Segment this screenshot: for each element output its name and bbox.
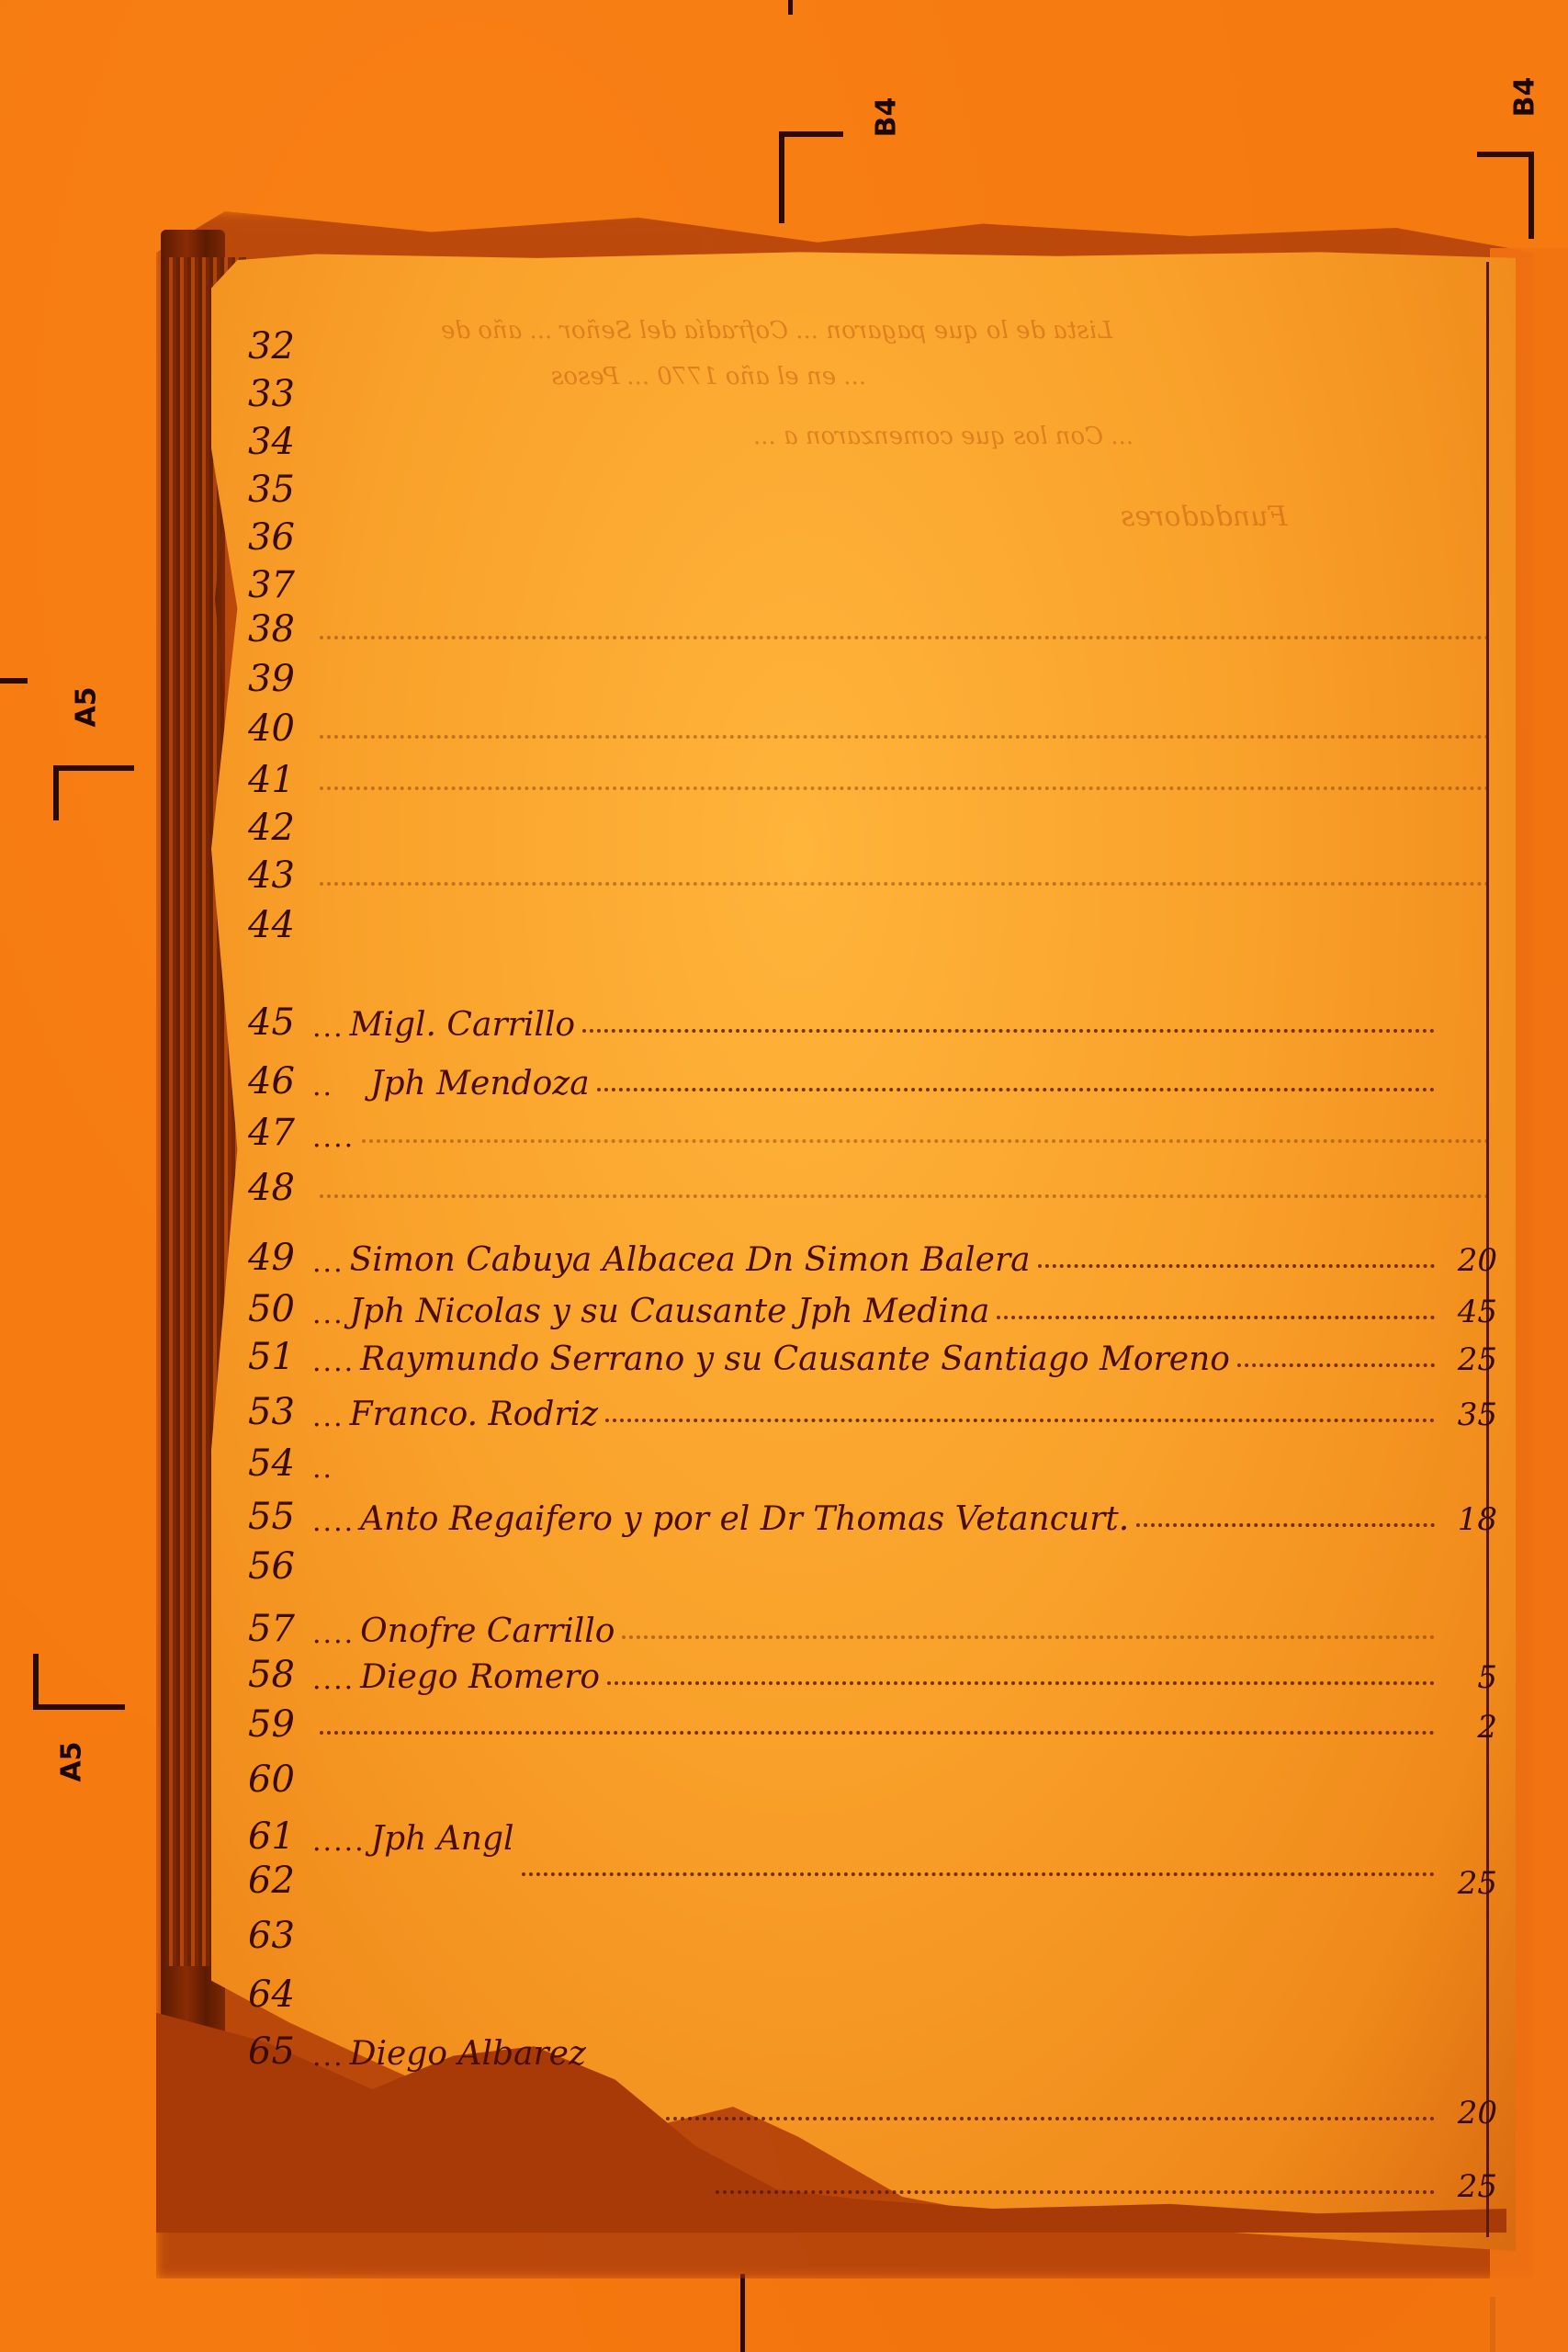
crop-mark-b4-left-h — [779, 131, 843, 137]
ledger-row: 41 — [248, 746, 1497, 801]
ledger-row: 49...Simon Cabuya Albacea Dn Simon Baler… — [248, 1224, 1497, 1279]
crop-mark-top-center — [788, 0, 793, 15]
dot-leader — [1038, 1264, 1435, 1268]
dot-leader — [1136, 1523, 1435, 1527]
ledger-row: 592 — [248, 1690, 1497, 1746]
payer-name: Simon Cabuya Albacea Dn Simon Balera — [350, 1241, 1031, 1279]
ledger-row: 58....Diego Romero5 — [248, 1641, 1497, 1696]
ledger-row: 55....Anto Regaifero y por el Dr Thomas … — [248, 1483, 1497, 1538]
dot-leader — [320, 1194, 1490, 1198]
ledger-row: 44 — [248, 891, 1497, 946]
crop-label-b4-left: B4 — [870, 97, 902, 138]
crop-label-a5-lower: A5 — [56, 1741, 88, 1781]
crop-mark-bottom-v — [740, 2274, 745, 2352]
dot-leader — [997, 1316, 1435, 1319]
payer-name: Raymundo Serrano y su Causante Santiago … — [360, 1340, 1230, 1378]
ledger-row: 54.. — [248, 1430, 1497, 1485]
crop-mark-a5-upper-v — [53, 765, 59, 820]
dot-leader — [320, 882, 1490, 886]
dot-leader — [666, 2117, 1435, 2120]
ledger-row: 65...Diego Albarez — [248, 2018, 1497, 2073]
dot-leader — [605, 1419, 1435, 1422]
ledger-row: 60 — [248, 1746, 1497, 1801]
crop-label-b4-right: B4 — [1508, 77, 1540, 118]
ledger-row: 20 — [248, 2076, 1497, 2131]
payer-name: Migl. Carrillo — [350, 1006, 575, 1044]
ledger-row: 56 — [248, 1532, 1497, 1588]
ledger-row: 45...Migl. Carrillo — [248, 989, 1497, 1044]
payer-name: Franco. Rodriz — [350, 1396, 598, 1433]
ledger-row: 36 — [248, 503, 1497, 559]
ledger-row: 53...Franco. Rodriz35 — [248, 1378, 1497, 1433]
dot-leader — [320, 786, 1490, 790]
ledger-row: 39 — [248, 645, 1497, 700]
ledger-row: 43 — [248, 842, 1497, 897]
dot-leader — [320, 735, 1490, 739]
dot-leader — [320, 636, 1490, 639]
crop-label-a5-upper: A5 — [71, 686, 103, 727]
crop-mark-a5-upper-h — [53, 765, 134, 771]
dot-leader — [716, 2190, 1435, 2194]
crop-mark-b4-right-v — [1529, 152, 1534, 239]
ledger-row: 35 — [248, 456, 1497, 511]
dot-leader — [362, 1139, 1490, 1143]
dot-leader — [582, 1029, 1435, 1033]
ledger-row: 47.... — [248, 1099, 1497, 1154]
crop-mark-b4-right-h — [1477, 152, 1534, 157]
ledger-row: 38 — [248, 595, 1497, 650]
dot-leader — [597, 1088, 1435, 1091]
dot-leader — [607, 1681, 1435, 1685]
crop-mark-a5-lower-h — [33, 1704, 125, 1710]
ledger-row: 64 — [248, 1961, 1497, 2016]
crop-mark-a5-lower-v — [33, 1654, 39, 1709]
ledger-row: 40 — [248, 695, 1497, 750]
ledger-row: 25 — [248, 2150, 1497, 2205]
ledger-row: 6225 — [248, 1847, 1497, 1902]
ledger-row: 42 — [248, 794, 1497, 849]
ledger-row: 48 — [248, 1154, 1497, 1209]
payer-name: Diego Albarez — [350, 2035, 586, 2073]
dot-leader — [320, 1731, 1435, 1735]
dot-leader — [622, 1635, 1435, 1639]
ledger-row: 33 — [248, 360, 1497, 415]
payer-name: Jph Mendoza — [370, 1065, 590, 1102]
ledger-row: 34 — [248, 408, 1497, 463]
crop-mark-b4-left-v — [779, 131, 784, 223]
ledger-row: 51....Raymundo Serrano y su Causante San… — [248, 1323, 1497, 1378]
crop-mark-a5-upper-tick — [0, 678, 28, 684]
ledger-row: 50...Jph Nicolas y su Causante Jph Medin… — [248, 1275, 1497, 1330]
ledger-row: 32 — [248, 312, 1497, 367]
dot-leader — [1237, 1363, 1435, 1367]
ledger-row: 46..Jph Mendoza — [248, 1047, 1497, 1102]
ledger-row: 63 — [248, 1902, 1497, 1957]
